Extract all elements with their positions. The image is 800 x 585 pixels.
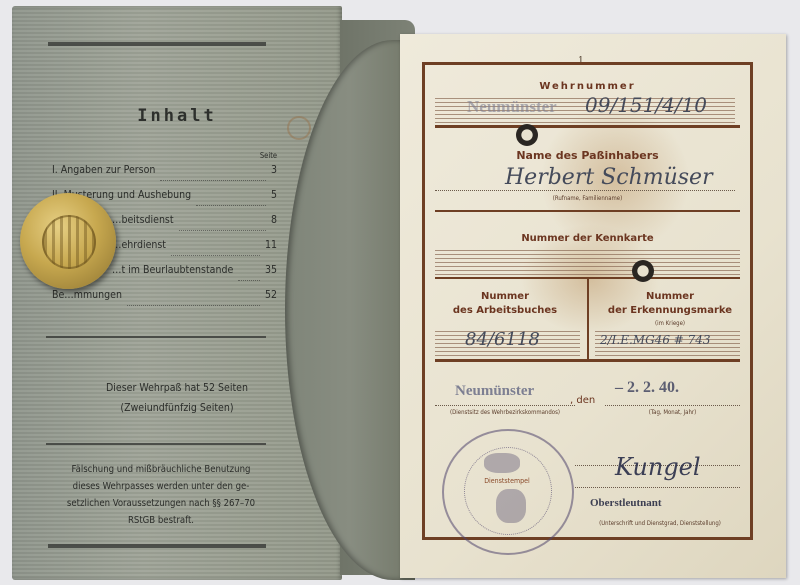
- wehrpass-page-1: 1 Wehrnummer Neumünster 09/151/4/10 Name…: [400, 34, 786, 578]
- section-rule: [435, 125, 740, 128]
- signature-hint: (Unterschrift und Dienstgrad, Dienststel…: [575, 520, 745, 527]
- seal-eagle: [496, 489, 526, 523]
- name-dotted-line: [435, 190, 735, 191]
- name-label: Name des Paßinhabers: [425, 149, 750, 162]
- date-hint: (Tag, Monat, Jahr): [605, 409, 740, 416]
- ruled-lines: [435, 249, 740, 275]
- wehrnummer-value: 09/151/4/10: [585, 93, 707, 117]
- page-column-label: Seite: [52, 151, 277, 160]
- seal-eagle: [484, 453, 520, 473]
- official-seal-stamp: Dienststempel: [442, 429, 574, 555]
- erkennungsmarke-hint: (im Kriege): [590, 320, 750, 327]
- kennkarte-label: Nummer der Kennkarte: [425, 233, 750, 244]
- erkennungsmarke-label-1: Nummer: [590, 291, 750, 302]
- place-value: Neumünster: [455, 383, 534, 400]
- toc-item: I. Angaben zur Person3: [52, 162, 277, 187]
- divider-rule: [46, 443, 266, 445]
- forgery-warning: Fälschung und mißbräuchliche Benutzung d…: [46, 461, 276, 529]
- arbeitsbuch-value: 84/6118: [465, 329, 540, 350]
- place-hint: (Dienstsitz des Wehrbezirkskommandos): [435, 409, 575, 416]
- signature-dotted-line: [575, 487, 740, 488]
- arbeitsbuch-label-2: des Arbeitsbuches: [425, 305, 585, 316]
- top-rule: [48, 42, 266, 46]
- signature: Kungel: [615, 453, 701, 481]
- divider-rule: [46, 336, 266, 338]
- name-hint: (Rufname, Familienname): [425, 195, 750, 202]
- column-divider: [587, 277, 589, 361]
- date-value: – 2. 2. 40.: [615, 379, 679, 397]
- wehrnummer-stamp: Neumünster: [467, 97, 557, 117]
- arbeitsbuch-label-1: Nummer: [425, 291, 585, 302]
- place-dotted-line: [435, 405, 575, 406]
- grommet-middle: [632, 260, 654, 282]
- rank: Oberstleutnant: [590, 497, 662, 509]
- seal-label: Dienststempel: [472, 477, 542, 485]
- euro-coin: [20, 193, 116, 289]
- grommet-top: [516, 124, 538, 146]
- date-dotted-line: [605, 405, 740, 406]
- ring-stain: [287, 116, 311, 140]
- wehrnummer-label: Wehrnummer: [425, 81, 750, 92]
- section-rule: [435, 210, 740, 212]
- toc-item: Be…mmungen52: [52, 287, 277, 312]
- erkennungsmarke-value: 2/I.E.MG46 # 743: [600, 333, 711, 347]
- bottom-rule: [48, 544, 266, 548]
- name-value: Herbert Schmüser: [505, 165, 713, 190]
- section-rule: [435, 359, 740, 362]
- den-label: , den: [570, 395, 610, 406]
- erkennungsmarke-label-2: der Erkennungsmarke: [590, 305, 750, 316]
